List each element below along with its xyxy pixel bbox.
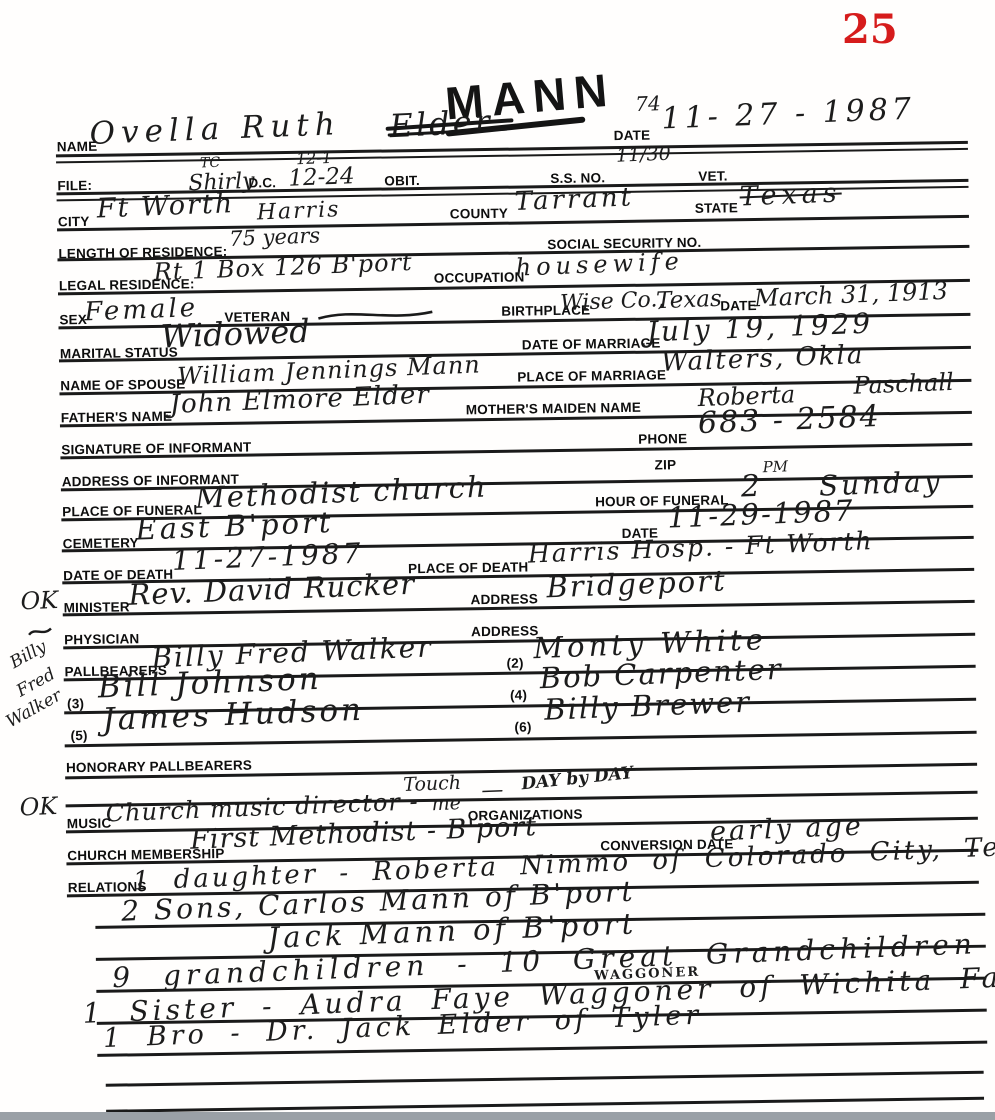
county-value: Tarrant [514, 184, 634, 215]
minister-address-value: Bridgeport [546, 566, 727, 602]
birthplace-state: Texas [656, 288, 723, 314]
marriage-place-value: Walters, Okla [661, 342, 865, 376]
margin-ok-minister: OK [20, 588, 59, 613]
music-note-me: me [431, 794, 461, 814]
scan-footer-bar [0, 1112, 995, 1120]
ruled-line [106, 1071, 984, 1087]
scanned-funeral-record: 25 MANN 74 Elder NAME Ovella Ruth DATE 1… [0, 0, 995, 1120]
age-written: 74 [635, 93, 661, 114]
ssno-value: 11/30 [616, 145, 671, 166]
mother-maiden-label: MOTHER'S MAIDEN NAME [466, 400, 641, 418]
form-sheet: MANN 74 Elder NAME Ovella Ruth DATE 11- … [0, 0, 995, 1120]
city-value-2: Harris [256, 199, 340, 224]
county-label: COUNTY [450, 206, 508, 222]
pallbearer-2-number: (2) [506, 656, 523, 671]
name-date-value: 11- 27 - 1987 [661, 95, 916, 135]
city-value: Ft Worth [96, 190, 234, 222]
marital-status-value: Widowed [160, 315, 310, 353]
mother-maiden-value-2: Paschall [853, 370, 954, 398]
pallbearer-3-number: (3) [67, 696, 84, 711]
residence-length-value: 75 years [229, 225, 321, 250]
occupation-label: OCCUPATION [434, 269, 525, 285]
marriage-place-label: PLACE OF MARRIAGE [517, 367, 666, 384]
state-label: STATE [695, 200, 738, 216]
margin-ok-music: OK [19, 794, 58, 819]
minister-value: Rev. David Rucker [128, 570, 416, 610]
funeral-hour-super: PM [762, 459, 788, 475]
pallbearer-6-number: (6) [514, 719, 531, 734]
phone-value: 683 - 2584 [697, 402, 881, 439]
honorary-pallbearers-label: HONORARY PALLBEARERS [66, 758, 252, 776]
pallbearer-5-value: James Hudson [102, 695, 365, 736]
occupation-value: housewife [515, 249, 684, 280]
dc-value: 12-24 [288, 165, 355, 191]
pallbearer-5-number: (5) [70, 728, 87, 743]
music-dash: — [481, 780, 504, 803]
file-super: TC [200, 156, 221, 171]
zip-label: ZIP [654, 457, 676, 472]
birthplace-value: Wise Co., [560, 289, 665, 315]
state-value: Texas [739, 180, 842, 211]
funeral-place-value: Methodist church [195, 472, 489, 512]
death-place-value: Harris Hosp. - Ft Worth [527, 528, 874, 567]
pallbearer-4-number: (4) [510, 687, 527, 702]
name-date-label: DATE [614, 128, 651, 144]
phone-label: PHONE [638, 431, 687, 447]
physician-address-label: ADDRESS [471, 623, 539, 639]
name-value: Ovella Ruth [89, 109, 341, 150]
minister-address-label: ADDRESS [470, 591, 538, 607]
birth-date-value: March 31, 1913 [754, 279, 949, 311]
pallbearer-6-value: Billy Brewer [544, 688, 752, 725]
ruled-line [106, 1097, 984, 1113]
